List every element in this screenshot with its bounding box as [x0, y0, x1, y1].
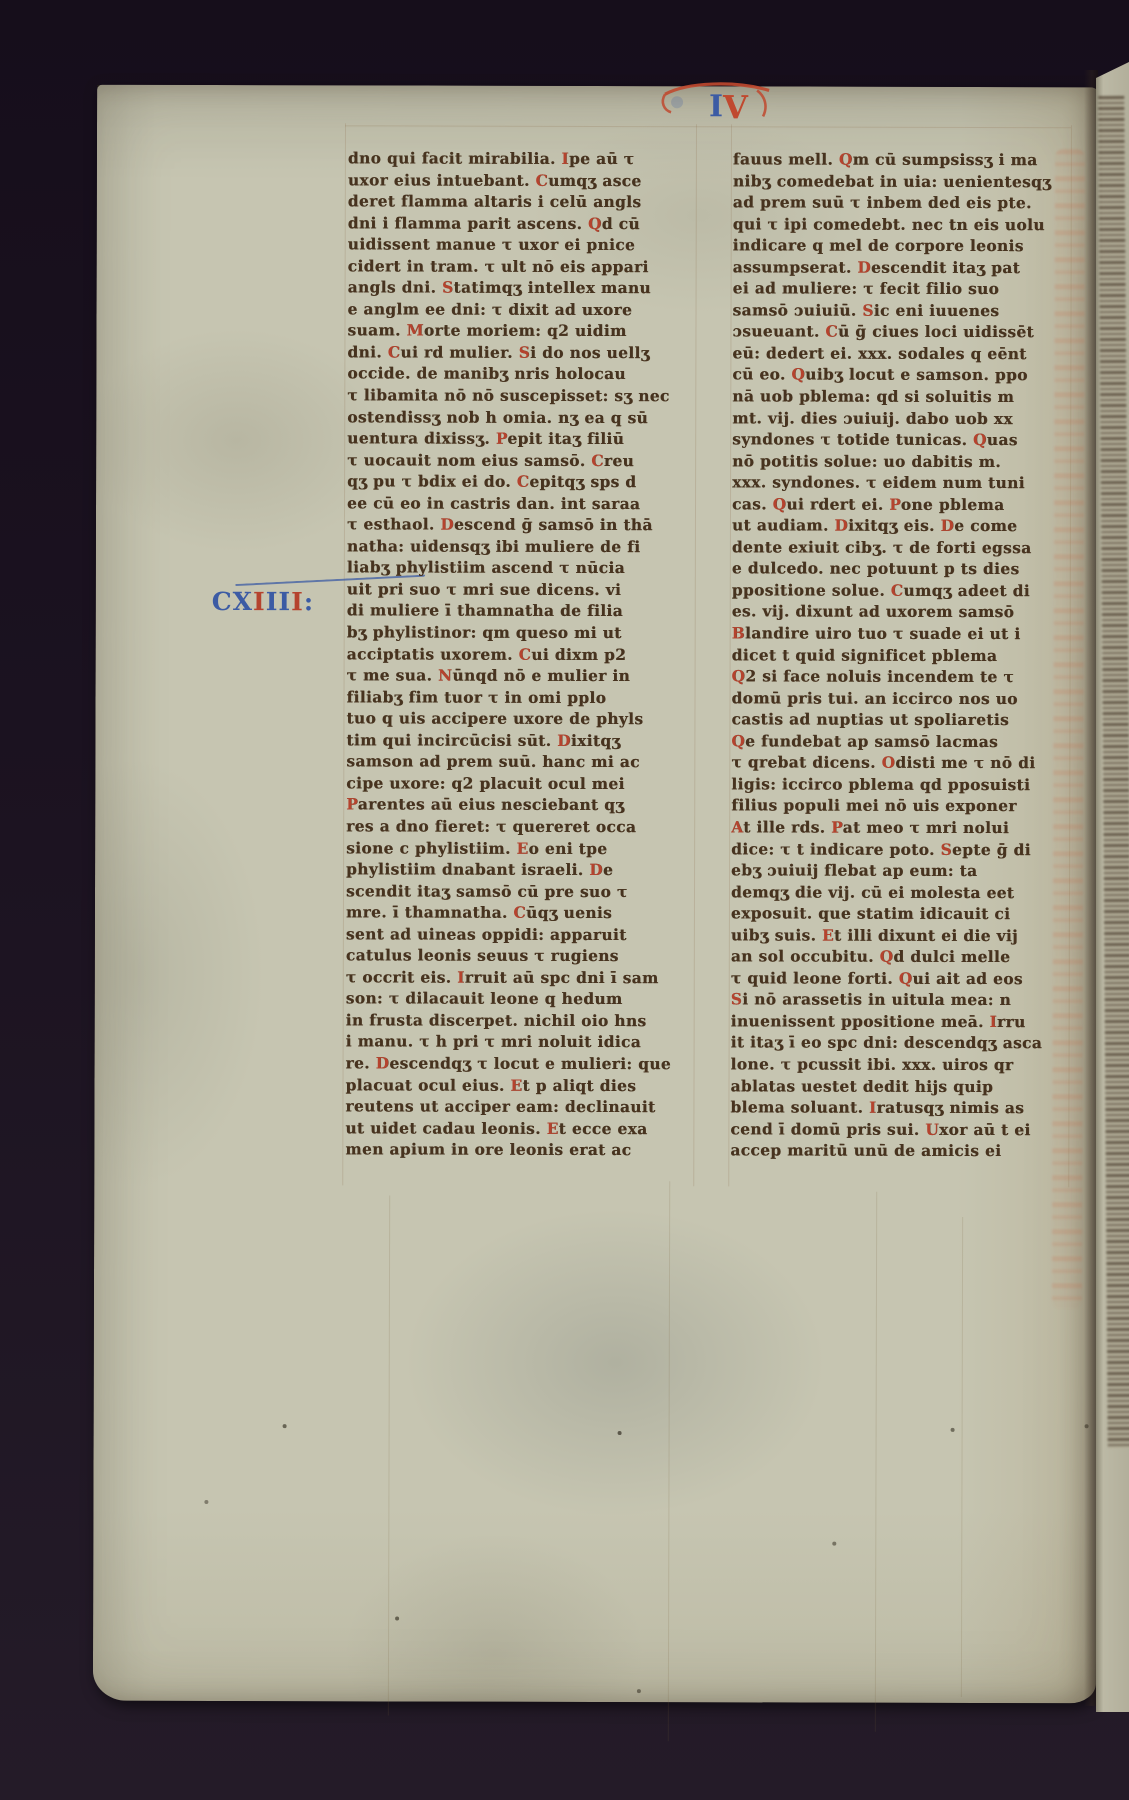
manuscript-text-line: samson ad prem suū. hanc mi ac [346, 751, 693, 773]
manuscript-text-line: ad prem suū τ inbem ded eis pte. [733, 191, 1072, 213]
parchment-crease [388, 1195, 390, 1715]
manuscript-text-line: nā uob pblema: qd si soluitis m [732, 385, 1071, 407]
manuscript-text-line: bʒ phylistinor: qm queso mi ut [347, 621, 694, 643]
manuscript-text-line: filius populi mei nō uis exponer [731, 795, 1070, 817]
manuscript-text-line: ee cū eo in castris dan. int saraa [347, 492, 694, 514]
manuscript-text-line: uxor eius intuebant. Cumqʒ asce [348, 169, 695, 191]
blue-smudge [671, 96, 683, 108]
manuscript-text-line: dni. Cui rd mulier. Si do nos uellʒ [347, 341, 694, 363]
manuscript-text-line: castis ad nuptias ut spoliaretis [731, 709, 1070, 731]
manuscript-text-line: samsō ɔuiuiū. Sic eni iuuenes [733, 299, 1072, 321]
manuscript-text-line: occide. de manibʒ nris holocau [347, 363, 694, 385]
manuscript-text-line: exposuit. que statim idicauit ci [731, 902, 1070, 924]
manuscript-text-line: scendit itaʒ samsō cū pre suo τ [346, 880, 693, 902]
manuscript-text-line: qʒ pu τ bdix ei do. Cepitqʒ sps d [347, 471, 694, 493]
manuscript-text-line: Qe fundebat ap samsō lacmas [731, 730, 1070, 752]
manuscript-text-line: phylistiim dnabant israeli. De [346, 858, 693, 880]
manuscript-text-line: an sol occubitu. Qd dulci melle [731, 946, 1070, 968]
manuscript-text-line: ppositione solue. Cumqʒ adeet di [732, 579, 1071, 601]
red-flourish-tail [757, 90, 766, 116]
manuscript-text-line: liabʒ phylistiim ascend τ nūcia [347, 557, 694, 579]
manuscript-page: I V CXIIII: dno qui facit mirabilia. Ipe… [93, 85, 1100, 1704]
manuscript-text-line: τ me sua. Nūnqd nō e mulier in [347, 664, 694, 686]
manuscript-text-line: dno qui facit mirabilia. Ipe aū τ [348, 147, 695, 169]
manuscript-text-line: cū eo. Quibʒ locut e samson. ppo [732, 364, 1071, 386]
blurred-facing-page-text [1098, 96, 1129, 1448]
manuscript-text-line: accep maritū unū de amicis ei [730, 1140, 1069, 1162]
manuscript-text-line: τ uocauit nom eius samsō. Creu [347, 449, 694, 471]
manuscript-text-line: nō potitis solue: uo dabitis m. [732, 450, 1071, 472]
manuscript-text-line: At ille rds. Pat meo τ mri nolui [731, 816, 1070, 838]
text-column-left: dno qui facit mirabilia. Ipe aū τuxor ei… [345, 147, 694, 1161]
dust-specks [97, 85, 99, 87]
manuscript-text-line: mre. ī thamnatha. Cūqʒ uenis [346, 901, 693, 923]
parchment-crease [875, 1192, 877, 1732]
chapter-numeral: CXIIII: [212, 587, 342, 623]
manuscript-text-line: men apium in ore leonis erat ac [345, 1138, 692, 1160]
manuscript-text-line: nibʒ comedebat in uia: uenientesqʒ [733, 170, 1072, 192]
manuscript-text-line: fauus mell. Qm cū sumpsissʒ i ma [733, 148, 1072, 170]
manuscript-text-line: xxx. syndones. τ eidem num tuni [732, 472, 1071, 494]
photo-backdrop: { "manuscript": { "running_title": { "i"… [0, 0, 1129, 1800]
manuscript-text-line: Q2 si face noluis incendem te τ [732, 665, 1071, 687]
manuscript-text-line: natha: uidensqʒ ibi muliere de fi [347, 535, 694, 557]
manuscript-text-line: tim qui incircūcisi sūt. Dixitqʒ [346, 729, 693, 751]
manuscript-text-line: qui τ ipi comedebt. nec tn eis uolu [733, 213, 1072, 235]
manuscript-text-line: cipe uxore: q2 placuit ocul mei [346, 772, 693, 794]
manuscript-text-line: acciptatis uxorem. Cui dixm p2 [347, 643, 694, 665]
running-title: I V [657, 76, 787, 126]
manuscript-text-line: ɔsueuant. Cū ḡ ciues loci uidissēt [732, 321, 1071, 343]
manuscript-text-line: cidert in tram. τ ult nō eis appari [348, 255, 695, 277]
manuscript-text-line: Si nō arassetis in uitula mea: n [731, 989, 1070, 1011]
manuscript-text-line: deret flamma altaris i celū angls [348, 190, 695, 212]
red-offset-ornament [1052, 149, 1085, 1309]
manuscript-text-line: τ esthaol. Descend ḡ samsō in thā [347, 514, 694, 536]
manuscript-text-line: e anglm ee dni: τ dixit ad uxore [348, 298, 695, 320]
gutter-shadow [1084, 70, 1098, 1706]
manuscript-text-line: domū pris tui. an iccirco nos uo [731, 687, 1070, 709]
manuscript-text-line: dice: τ t indicare poto. Septe ḡ di [731, 838, 1070, 860]
manuscript-text-line: res a dno fieret: τ quereret occa [346, 815, 693, 837]
manuscript-text-line: dni i flamma parit ascens. Qd cū [348, 212, 695, 234]
manuscript-text-line: e dulcedo. nec potuunt p ts dies [732, 558, 1071, 580]
manuscript-text-line: di muliere ī thamnatha de filia [347, 600, 694, 622]
manuscript-text-line: sent ad uineas oppidi: apparuit [346, 923, 693, 945]
manuscript-text-line: τ occrit eis. Irruit aū spc dni ī sam [346, 966, 693, 988]
manuscript-text-line: τ quid leone forti. Qui ait ad eos [731, 967, 1070, 989]
manuscript-text-line: eū: dedert ei. xxx. sodales q eēnt [732, 342, 1071, 364]
manuscript-text-line: mt. vij. dies ɔuiuij. dabo uob xx [732, 407, 1071, 429]
manuscript-text-line: ligis: iccirco pblema qd pposuisti [731, 773, 1070, 795]
manuscript-text-line: τ libamita nō nō suscepisset: sʒ nec [347, 384, 694, 406]
manuscript-text-line: placuat ocul eius. Et p aliqt dies [345, 1074, 692, 1096]
manuscript-text-line: demqʒ die vij. cū ei molesta eet [731, 881, 1070, 903]
manuscript-text-line: ut audiam. Dixitqʒ eis. De come [732, 515, 1071, 537]
manuscript-text-line: son: τ dilacauit leone q hedum [346, 988, 693, 1010]
manuscript-text-line: uentura dixissʒ. Pepit itaʒ filiū [347, 427, 694, 449]
manuscript-text-line: Blandire uiro tuo τ suade ei ut i [732, 622, 1071, 644]
manuscript-text-line: tuo q uis accipere uxore de phyls [346, 708, 693, 730]
manuscript-text-line: cas. Qui rdert ei. Pone pblema [732, 493, 1071, 515]
manuscript-text-line: filiabʒ fim tuor τ in omi pplo [346, 686, 693, 708]
manuscript-text-line: uit pri suo τ mri sue dicens. vi [347, 578, 694, 600]
running-title-letter-i: I [709, 89, 723, 124]
manuscript-text-line: i manu. τ h pri τ mri noluit idica [346, 1031, 693, 1053]
manuscript-text-line: suam. Morte moriem: q2 uidim [347, 320, 694, 342]
manuscript-text-line: uidissent manue τ uxor ei pnice [348, 234, 695, 256]
parchment-crease [668, 1181, 670, 1741]
manuscript-text-line: ostendissʒ nob h omia. nʒ ea q sū [347, 406, 694, 428]
manuscript-text-line: uibʒ suis. Et illi dixunt ei die vij [731, 924, 1070, 946]
manuscript-text-line: blema soluant. Iratusqʒ nimis as [730, 1096, 1069, 1118]
manuscript-text-line: re. Descendqʒ τ locut e mulieri: que [346, 1052, 693, 1074]
manuscript-text-line: indicare q mel de corpore leonis [733, 235, 1072, 257]
manuscript-text-line: in frusta discerpet. nichil oio hns [346, 1009, 693, 1031]
manuscript-text-line: assumpserat. Descendit itaʒ pat [733, 256, 1072, 278]
fore-edge-page-stack [1096, 62, 1129, 1712]
manuscript-text-line: es. vij. dixunt ad uxorem samsō [732, 601, 1071, 623]
manuscript-text-line: cend ī domū pris sui. Uxor aū t ei [730, 1118, 1069, 1140]
manuscript-text-line: inuenissent ppositione meā. Irru [731, 1010, 1070, 1032]
manuscript-text-line: Parentes aū eius nesciebant qʒ [346, 794, 693, 816]
running-title-letter-v: V [722, 88, 749, 126]
manuscript-text-line: dicet t quid significet pblema [732, 644, 1071, 666]
red-flourish-curl [663, 94, 671, 112]
manuscript-text-line: lone. τ pcussit ibi. xxx. uiros qr [731, 1053, 1070, 1075]
manuscript-text-line: catulus leonis seuus τ rugiens [346, 945, 693, 967]
manuscript-text-line: ut uidet cadau leonis. Et ecce exa [345, 1117, 692, 1139]
manuscript-text-line: reutens ut acciper eam: declinauit [345, 1095, 692, 1117]
manuscript-text-line: syndones τ totide tunicas. Quas [732, 428, 1071, 450]
manuscript-text-line: ablatas uestet dedit hijs quip [730, 1075, 1069, 1097]
manuscript-text-line: it itaʒ ī eo spc dni: descendqʒ asca [731, 1032, 1070, 1054]
manuscript-text-line: sione c phylistiim. Eo eni tpe [346, 837, 693, 859]
manuscript-text-line: dente exiuit cibʒ. τ de forti egssa [732, 536, 1071, 558]
manuscript-text-line: ebʒ ɔuiuij flebat ap eum: ta [731, 859, 1070, 881]
parchment-crease [961, 1217, 963, 1697]
manuscript-text-line: ei ad muliere: τ fecit filio suo [733, 278, 1072, 300]
manuscript-text-line: τ qrebat dicens. Odisti me τ nō di [731, 752, 1070, 774]
manuscript-text-line: angls dni. Statimqʒ intellex manu [348, 277, 695, 299]
text-column-right: fauus mell. Qm cū sumpsissʒ i manibʒ com… [730, 148, 1071, 1162]
